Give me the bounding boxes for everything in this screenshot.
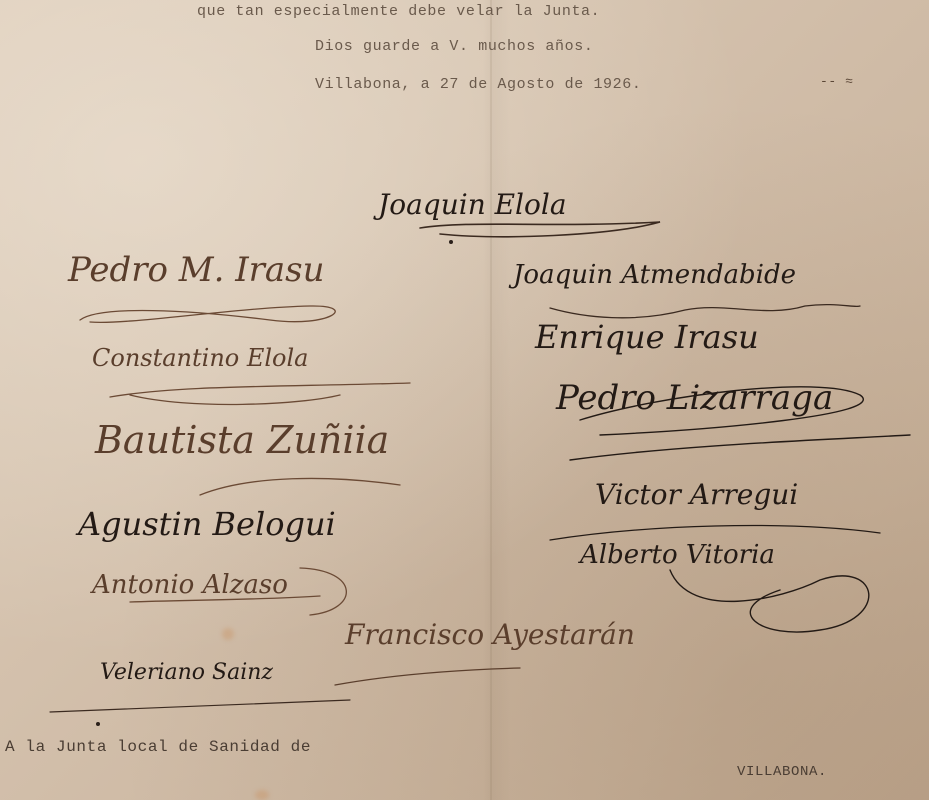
paper-stain — [255, 790, 269, 800]
typed-line-2: Dios guarde a V. muchos años. — [315, 38, 593, 55]
signature-pedro-irasu: Pedro M. Irasu — [68, 250, 325, 290]
signature-enrique-irasu: Enrique Irasu — [535, 318, 759, 356]
signature-flourish — [70, 300, 370, 340]
signature-flourish — [40, 690, 360, 720]
typed-line-date: Villabona, a 27 de Agosto de 1926. — [315, 76, 641, 93]
signature-flourish — [100, 375, 420, 415]
signature-alberto-vitoria: Alberto Vitoria — [580, 540, 775, 570]
signature-antonio-alzaso: Antonio Alzaso — [92, 570, 288, 600]
addressee-label: A la Junta local de Sanidad de — [5, 738, 311, 756]
ink-dot — [449, 240, 453, 244]
signature-constantino-elola: Constantino Elola — [92, 344, 308, 372]
signature-bautista-zunia: Bautista Zuñiia — [95, 418, 389, 462]
signature-joaquin-atmendabide: Joaquin Atmendabide — [513, 260, 796, 290]
signature-agustin-belogui: Agustin Belogui — [78, 505, 336, 543]
signature-victor-arregui: Victor Arregui — [595, 478, 798, 511]
typed-line-1: que tan especialmente debe velar la Junt… — [197, 3, 600, 20]
addressee-place: VILLABONA. — [737, 764, 827, 780]
signature-flourish — [660, 560, 900, 650]
signature-flourish — [180, 470, 420, 510]
signature-joaquin-elola: Joaquin Elola — [378, 188, 567, 221]
signature-veleriano-sainz: Veleriano Sainz — [100, 660, 273, 685]
ink-mark: -- ≈ — [820, 74, 854, 89]
signature-flourish — [330, 660, 530, 690]
ink-dot — [96, 722, 100, 726]
paper-fold — [490, 0, 492, 800]
signature-francisco-ayestaran: Francisco Ayestarán — [345, 618, 635, 651]
paper-stain — [222, 628, 234, 640]
signature-pedro-lizarraga: Pedro Lizarraga — [556, 378, 833, 418]
